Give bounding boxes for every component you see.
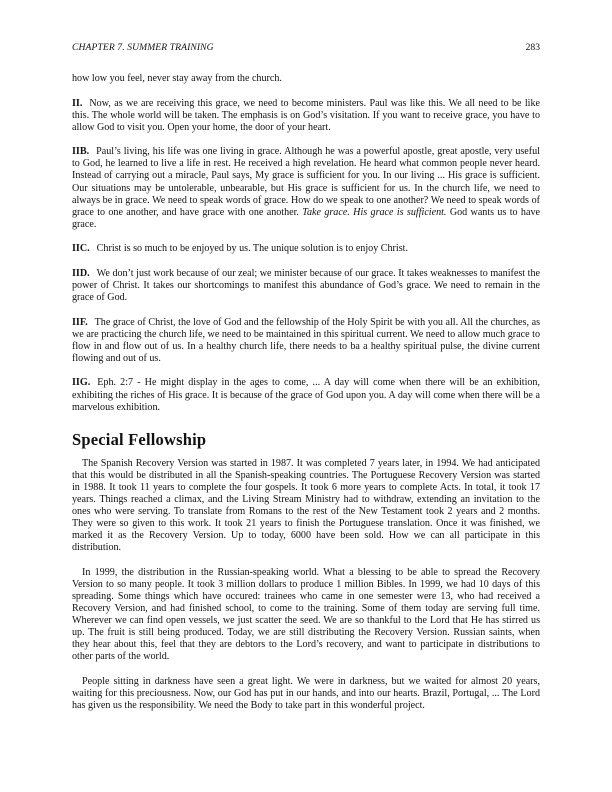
paragraph-iig: IIG.Eph. 2:7 - He might display in the a… [72,377,540,413]
paragraph-iib: IIB.Paul’s living, his life was one livi… [72,146,540,230]
paragraph-label: II. [72,98,82,109]
page-number: 283 [526,42,540,54]
section-paragraph: In 1999, the distribution in the Russian… [72,567,540,663]
paragraph-continuation: how low you feel, never stay away from t… [72,73,540,85]
paragraph-iif: IIF.The grace of Christ, the love of God… [72,317,540,365]
paragraph-label: IID. [72,268,90,279]
paragraph-label: IIB. [72,146,89,157]
paragraph-label: IIG. [72,377,90,388]
running-header: CHAPTER 7. SUMMER TRAINING 283 [72,42,540,54]
paragraph-iid: IID.We don’t just work because of our ze… [72,268,540,304]
section-heading: Special Fellowship [72,430,540,450]
chapter-title: CHAPTER 7. SUMMER TRAINING [72,42,214,54]
paragraph-ii: II.Now, as we are receiving this grace, … [72,98,540,134]
emphasis-text: Take grace. His grace is sufficient. [302,207,446,218]
paragraph-label: IIF. [72,317,88,328]
body-text: how low you feel, never stay away from t… [72,73,540,724]
paragraph-label: IIC. [72,243,90,254]
section-paragraph: The Spanish Recovery Version was started… [72,458,540,554]
section-paragraph: People sitting in darkness have seen a g… [72,676,540,712]
paragraph-iic: IIC.Christ is so much to be enjoyed by u… [72,243,540,255]
